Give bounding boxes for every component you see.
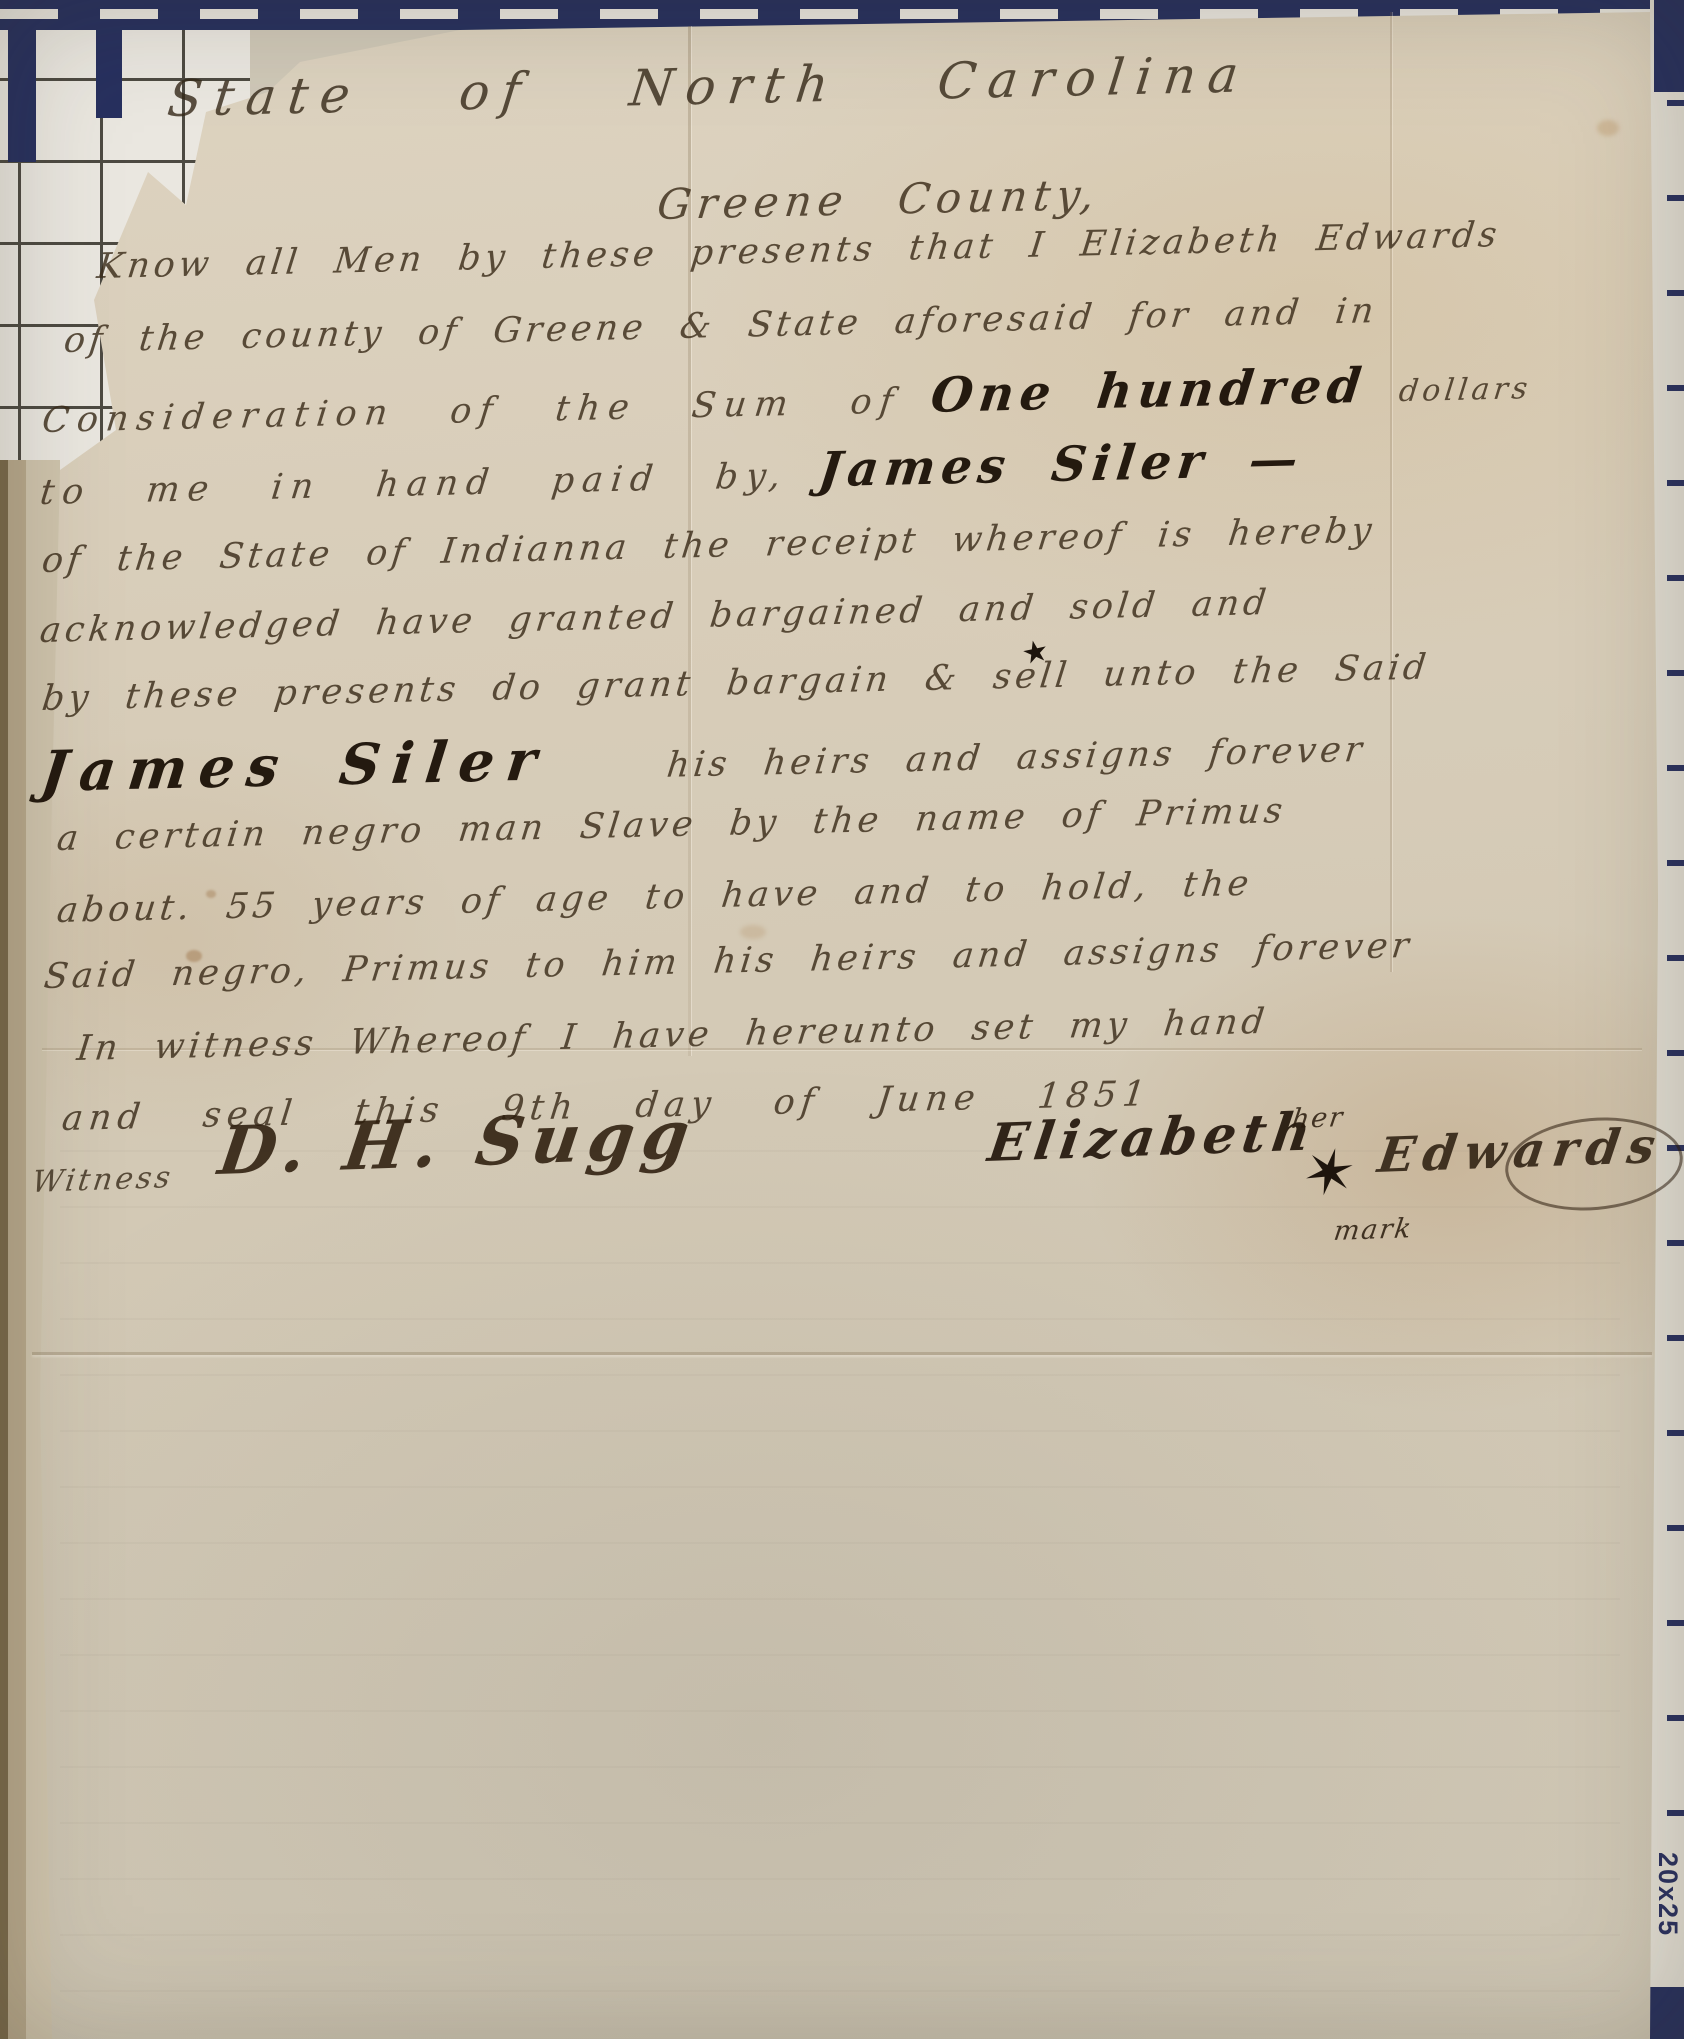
buyer-name: James Siler — <box>816 431 1307 498</box>
ruler-block-bottom <box>1648 1987 1684 2039</box>
faint-grid-showthrough <box>60 1150 1620 2000</box>
fold-crease-vertical <box>1390 12 1392 972</box>
stain-spot <box>740 925 766 939</box>
ruler-size-label: 20x25 <box>1652 1852 1683 1937</box>
line-consideration-post: dollars <box>1397 371 1533 409</box>
signer-first-name: Elizabeth <box>985 1106 1320 1170</box>
line-heading-county: Greene County, <box>655 174 1102 226</box>
document-photo: 20x25 State of North Carolina Greene Cou… <box>0 0 1684 2039</box>
mark-word-mark: mark <box>1332 1215 1415 1245</box>
ruler-ticks <box>1667 100 1684 1880</box>
ruler-block-top <box>1654 0 1684 92</box>
buyer-name-repeat: James Siler <box>37 727 551 805</box>
stain-spot <box>1597 120 1619 136</box>
witness-label: Witness <box>30 1163 175 1198</box>
mark-word-her: her <box>1290 1104 1346 1133</box>
sum-amount: One hundred <box>928 358 1370 424</box>
witness-signature: D. H. Sugg <box>215 1101 701 1184</box>
